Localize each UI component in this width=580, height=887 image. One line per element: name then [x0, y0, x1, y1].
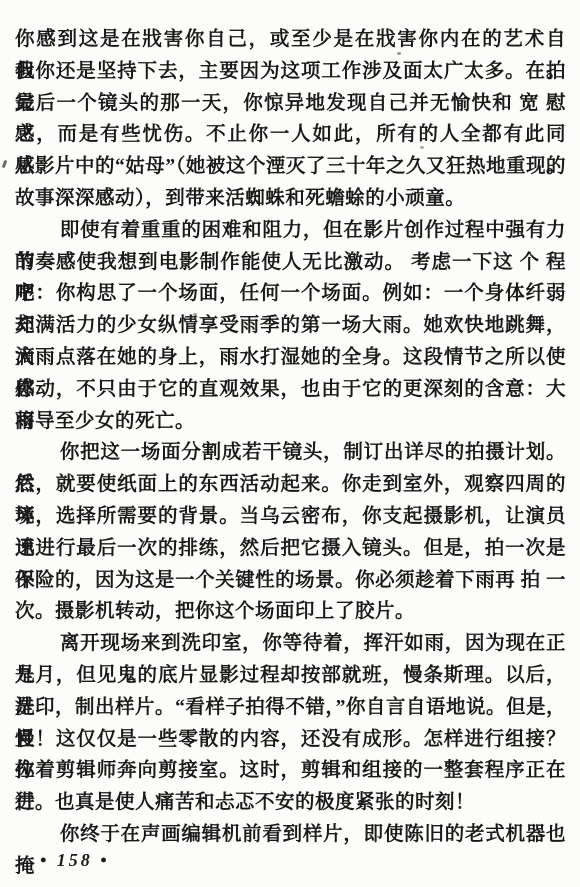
text-line: 九月，但见鬼的底片显影过程却按部就班，慢条斯理。以后，是 [15, 660, 566, 692]
text-line: 充满活力的少女纵情享受雨季的第一场大雨。她欢快地跳舞，大 [15, 310, 566, 342]
text-line: 你感到这是在戕害你自己，或至少是在戕害你内在的艺术自我。 [15, 24, 566, 56]
text-line: 行。也真是使人痛苦和忐忑不安的极度紧张的时刻！ [15, 787, 566, 819]
text-line: 速进行最后一次的排练，然后把它摄入镜头。但是，拍一次是不 [15, 533, 566, 565]
text-line: 即使有着重重的困难和阻力，但在影片创作过程中强有力的 [15, 215, 566, 247]
text-line: 次。摄影机转动，把你这个场面印上了胶片。 [15, 596, 566, 628]
text-line: 离开现场来到洗印室，你等待着，挥汗如雨，因为现在正是 [15, 628, 566, 660]
text-line: 境，选择所需要的背景。当乌云密布，你支起摄影机，让演员迅 [15, 501, 566, 533]
text-line: 慢！这仅仅是一些零散的内容，还没有成形。怎样进行组接？你 [15, 724, 566, 756]
page-number: • 158 • [40, 850, 110, 871]
text-line: 保险的，因为这是一个关键性的场景。你必须趁着下雨再 拍 一 [15, 565, 566, 597]
text-line: 你终于在声画编辑机前看到样片，即使陈旧的老式机器也掩 [15, 819, 566, 851]
text-line: 后，就要使纸面上的东西活动起来。你走到室外，观察四周的环 [15, 469, 566, 501]
scan-artifact [2, 160, 8, 169]
text-line: 你把这一场面分割成若干镜头，制订出详尽的拍摄计划。然 [15, 437, 566, 469]
text-line: 拉着剪辑师奔向剪接室。这时，剪辑和组接的一整套程序正在进 [15, 755, 566, 787]
text-line: 将导至少女的死亡。 [15, 406, 566, 438]
text-line: 感动，不只由于它的直观效果，也由于它的更深刻的含意：大雨 [15, 374, 566, 406]
body-text: 你感到这是在戕害你自己，或至少是在戕害你内在的艺术自我。 但你还是坚持下去，主要… [15, 24, 566, 851]
text-line: 感，而是有些忧伤。不止你一人如此，所有的人全都有此同感。 [15, 119, 566, 151]
text-line: 洗印，制出样片。“看样子拍得不错，”你自言自语地说。但是，且 [15, 692, 566, 724]
scan-artifact [420, 146, 424, 149]
text-line: 从影片中的“姑母”（她被这个湮灭了三十年之久又狂热地重现的 [15, 151, 566, 183]
book-page: 你感到这是在戕害你自己，或至少是在戕害你内在的艺术自我。 但你还是坚持下去，主要… [0, 0, 580, 887]
scan-artifact [397, 52, 401, 55]
text-line: 节奏感使我想到电影制作能使人无比激动。 考虑一下这 个 程 序 [15, 247, 566, 279]
text-line: 但你还是坚持下去，主要因为这项工作涉及面太广太多。在拍完 [15, 56, 566, 88]
text-line: 故事深深感动），到带来活蜘蛛和死蟾蜍的小顽童。 [15, 183, 566, 215]
text-line: 最后一个镜头的那一天，你惊异地发现自己并无愉快和 宽 慰 之 [15, 88, 566, 120]
text-line: 滴雨点落在她的身上，雨水打湿她的全身。这段情节之所以使你 [15, 342, 566, 374]
text-line: 吧：你构思了一个场面，任何一个场面。例如：一个身体纤弱却 [15, 278, 566, 310]
scan-artifact [193, 313, 197, 316]
